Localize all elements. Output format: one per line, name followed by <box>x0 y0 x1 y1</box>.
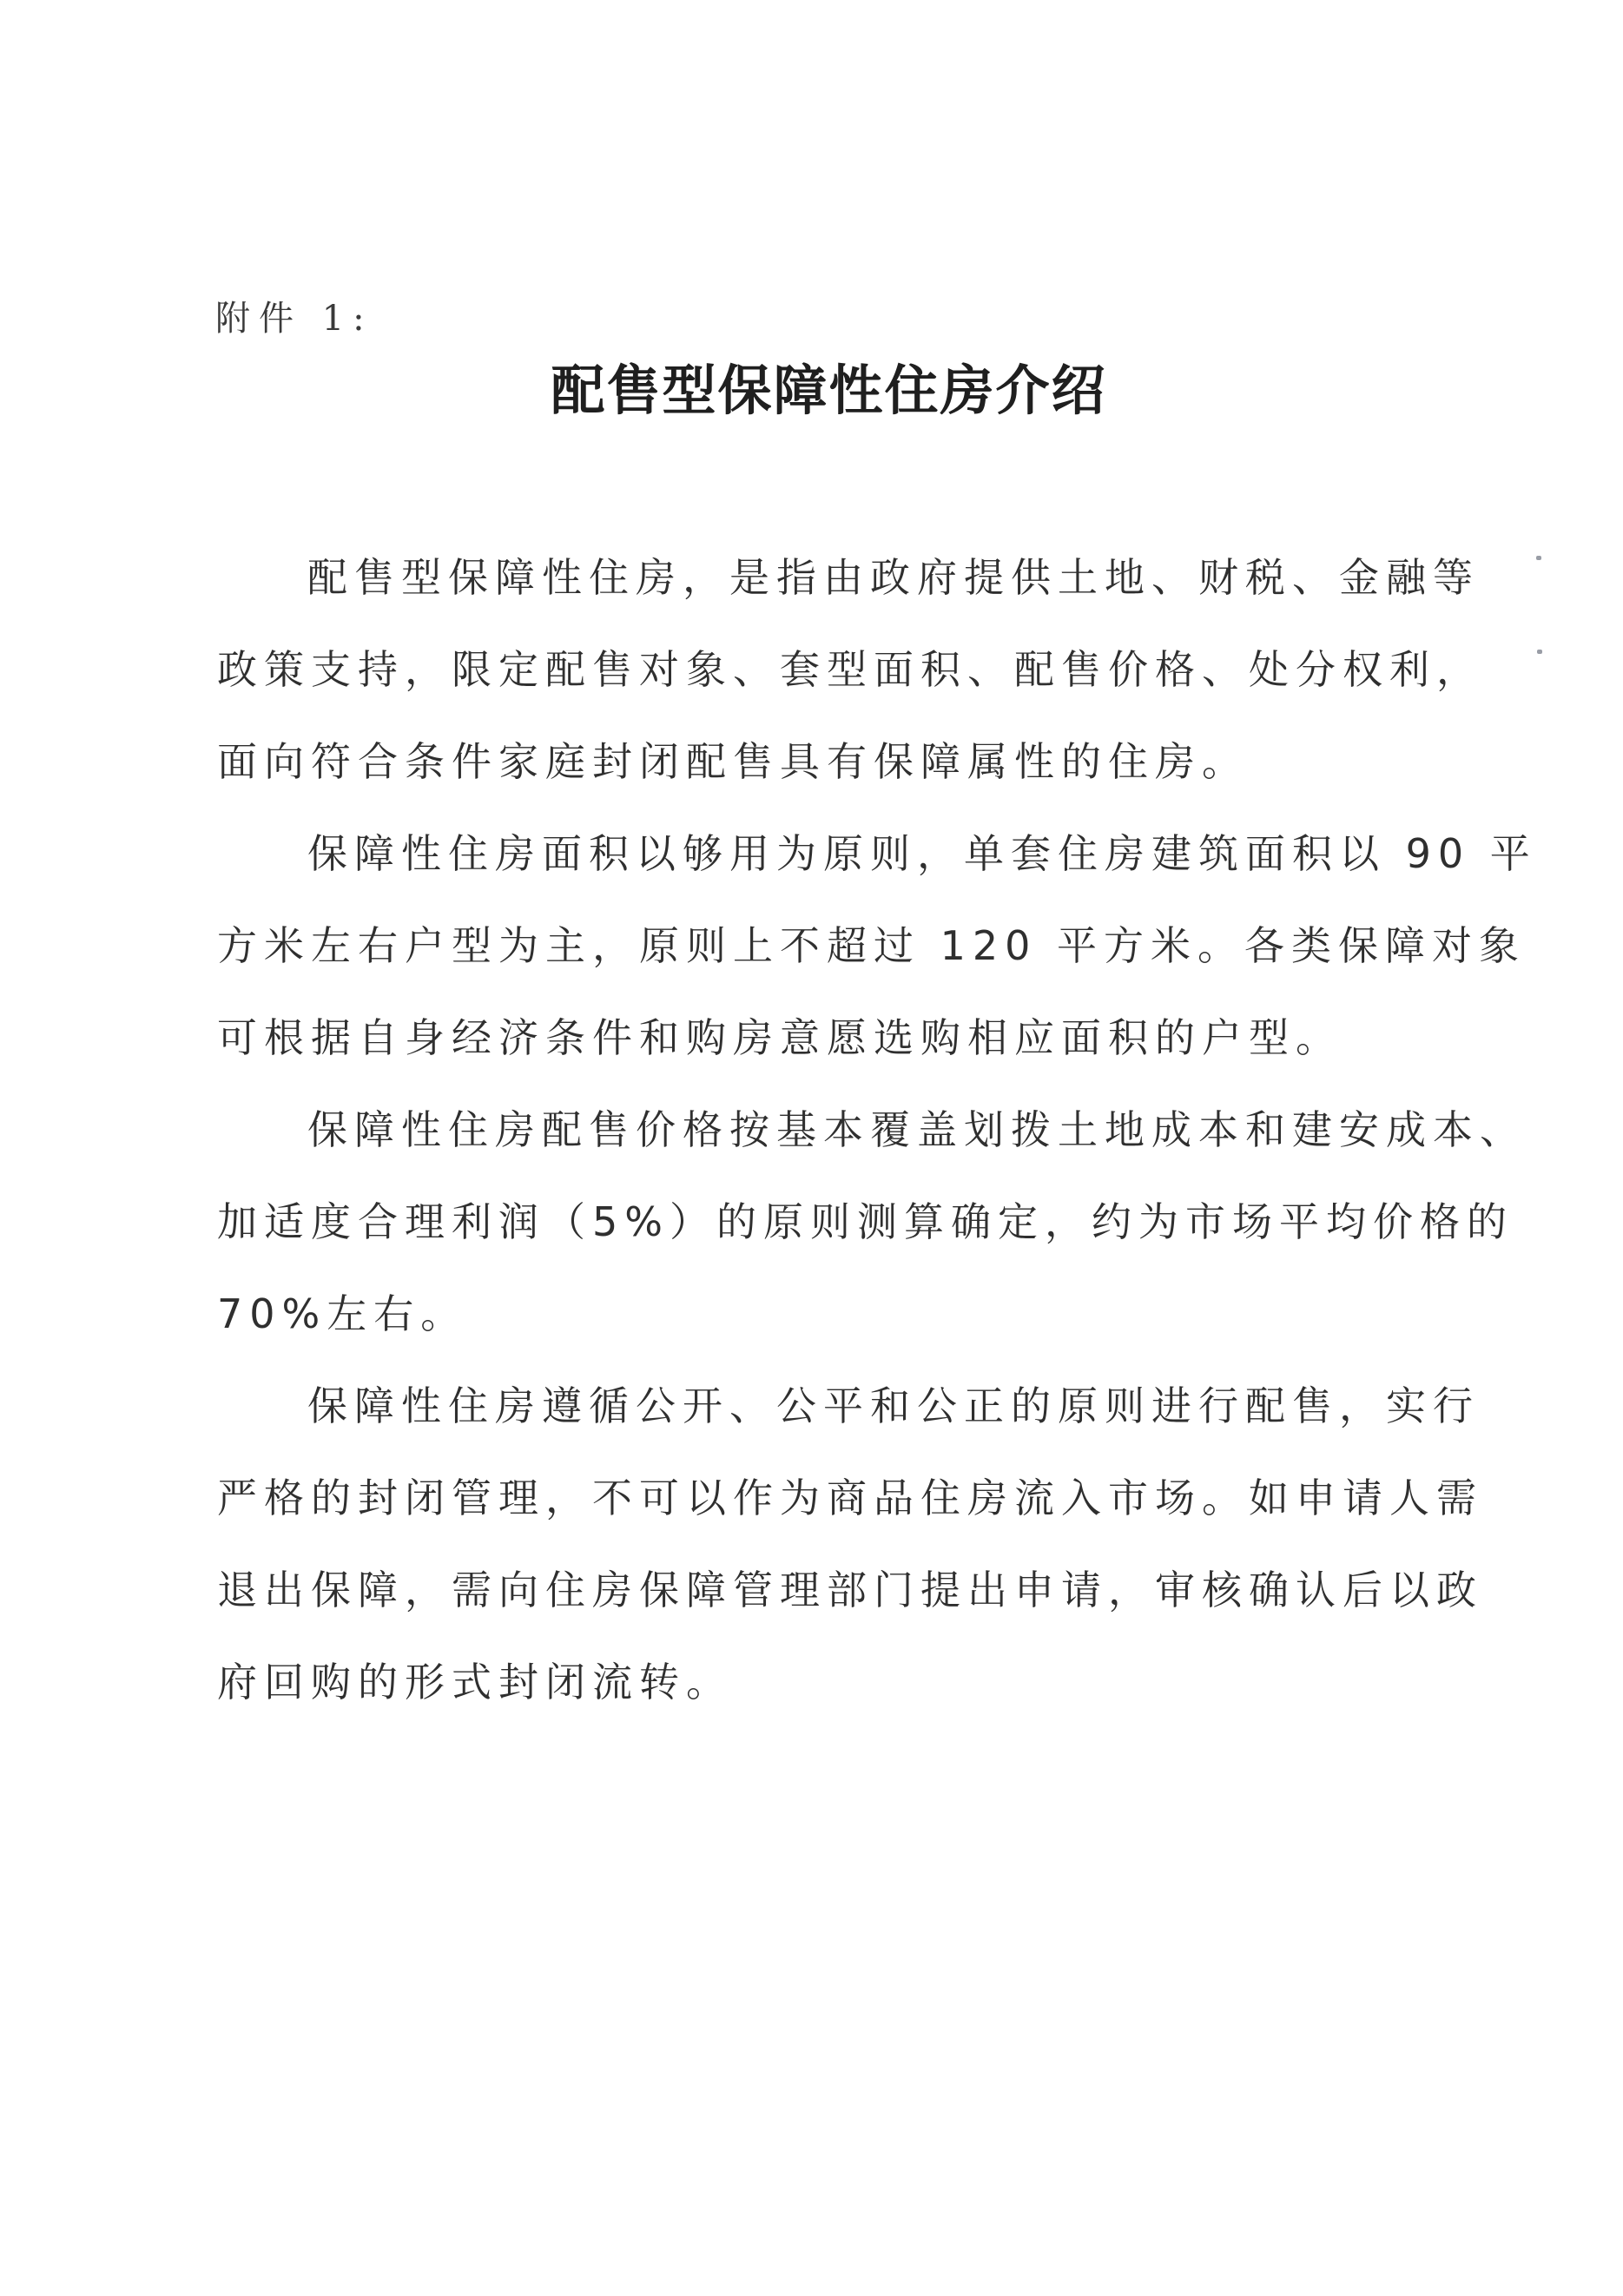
paragraph-line: 面向符合条件家庭封闭配售具有保障属性的住房。 <box>217 716 1415 808</box>
paragraph-line: 府回购的形式封闭流转。 <box>217 1636 1415 1728</box>
document-title: 配售型保障性住房介绍 <box>0 347 1623 425</box>
paragraph-line: 保障性住房遵循公开、公平和公正的原则进行配售，实行 <box>217 1360 1415 1452</box>
paragraph-definition: 配售型保障性住房，是指由政府提供土地、财税、金融等 政策支持，限定配售对象、套型… <box>217 531 1415 808</box>
paragraph-line: 配售型保障性住房，是指由政府提供土地、财税、金融等 <box>217 531 1415 623</box>
paragraph-line: 可根据自身经济条件和购房意愿选购相应面积的户型。 <box>217 992 1415 1084</box>
paragraph-line: 政策支持，限定配售对象、套型面积、配售价格、处分权利， <box>217 623 1415 716</box>
paragraph-line: 保障性住房配售价格按基本覆盖划拨土地成本和建安成本、 <box>217 1084 1415 1176</box>
paragraph-line: 加适度合理利润（5%）的原则测算确定，约为市场平均价格的 <box>217 1176 1415 1268</box>
paragraph-line: 退出保障，需向住房保障管理部门提出申请，审核确认后以政 <box>217 1544 1415 1636</box>
paragraph-line: 70%左右。 <box>217 1268 1415 1360</box>
paragraph-line: 保障性住房面积以够用为原则，单套住房建筑面积以 90 平 <box>217 808 1415 900</box>
paragraph-line: 方米左右户型为主，原则上不超过 120 平方米。各类保障对象 <box>217 900 1415 992</box>
scan-artifact-mark <box>1536 556 1541 560</box>
scan-artifact-mark <box>1537 650 1542 654</box>
paragraph-price: 保障性住房配售价格按基本覆盖划拨土地成本和建安成本、 加适度合理利润（5%）的原… <box>217 1084 1415 1360</box>
document-body: 配售型保障性住房，是指由政府提供土地、财税、金融等 政策支持，限定配售对象、套型… <box>217 531 1415 1728</box>
scanned-document-page: 附件 1: 配售型保障性住房介绍 配售型保障性住房，是指由政府提供土地、财税、金… <box>0 0 1623 2296</box>
paragraph-management: 保障性住房遵循公开、公平和公正的原则进行配售，实行 严格的封闭管理，不可以作为商… <box>217 1360 1415 1728</box>
attachment-label: 附件 1: <box>215 291 373 340</box>
paragraph-area: 保障性住房面积以够用为原则，单套住房建筑面积以 90 平 方米左右户型为主，原则… <box>217 808 1415 1084</box>
paragraph-line: 严格的封闭管理，不可以作为商品住房流入市场。如申请人需 <box>217 1452 1415 1544</box>
